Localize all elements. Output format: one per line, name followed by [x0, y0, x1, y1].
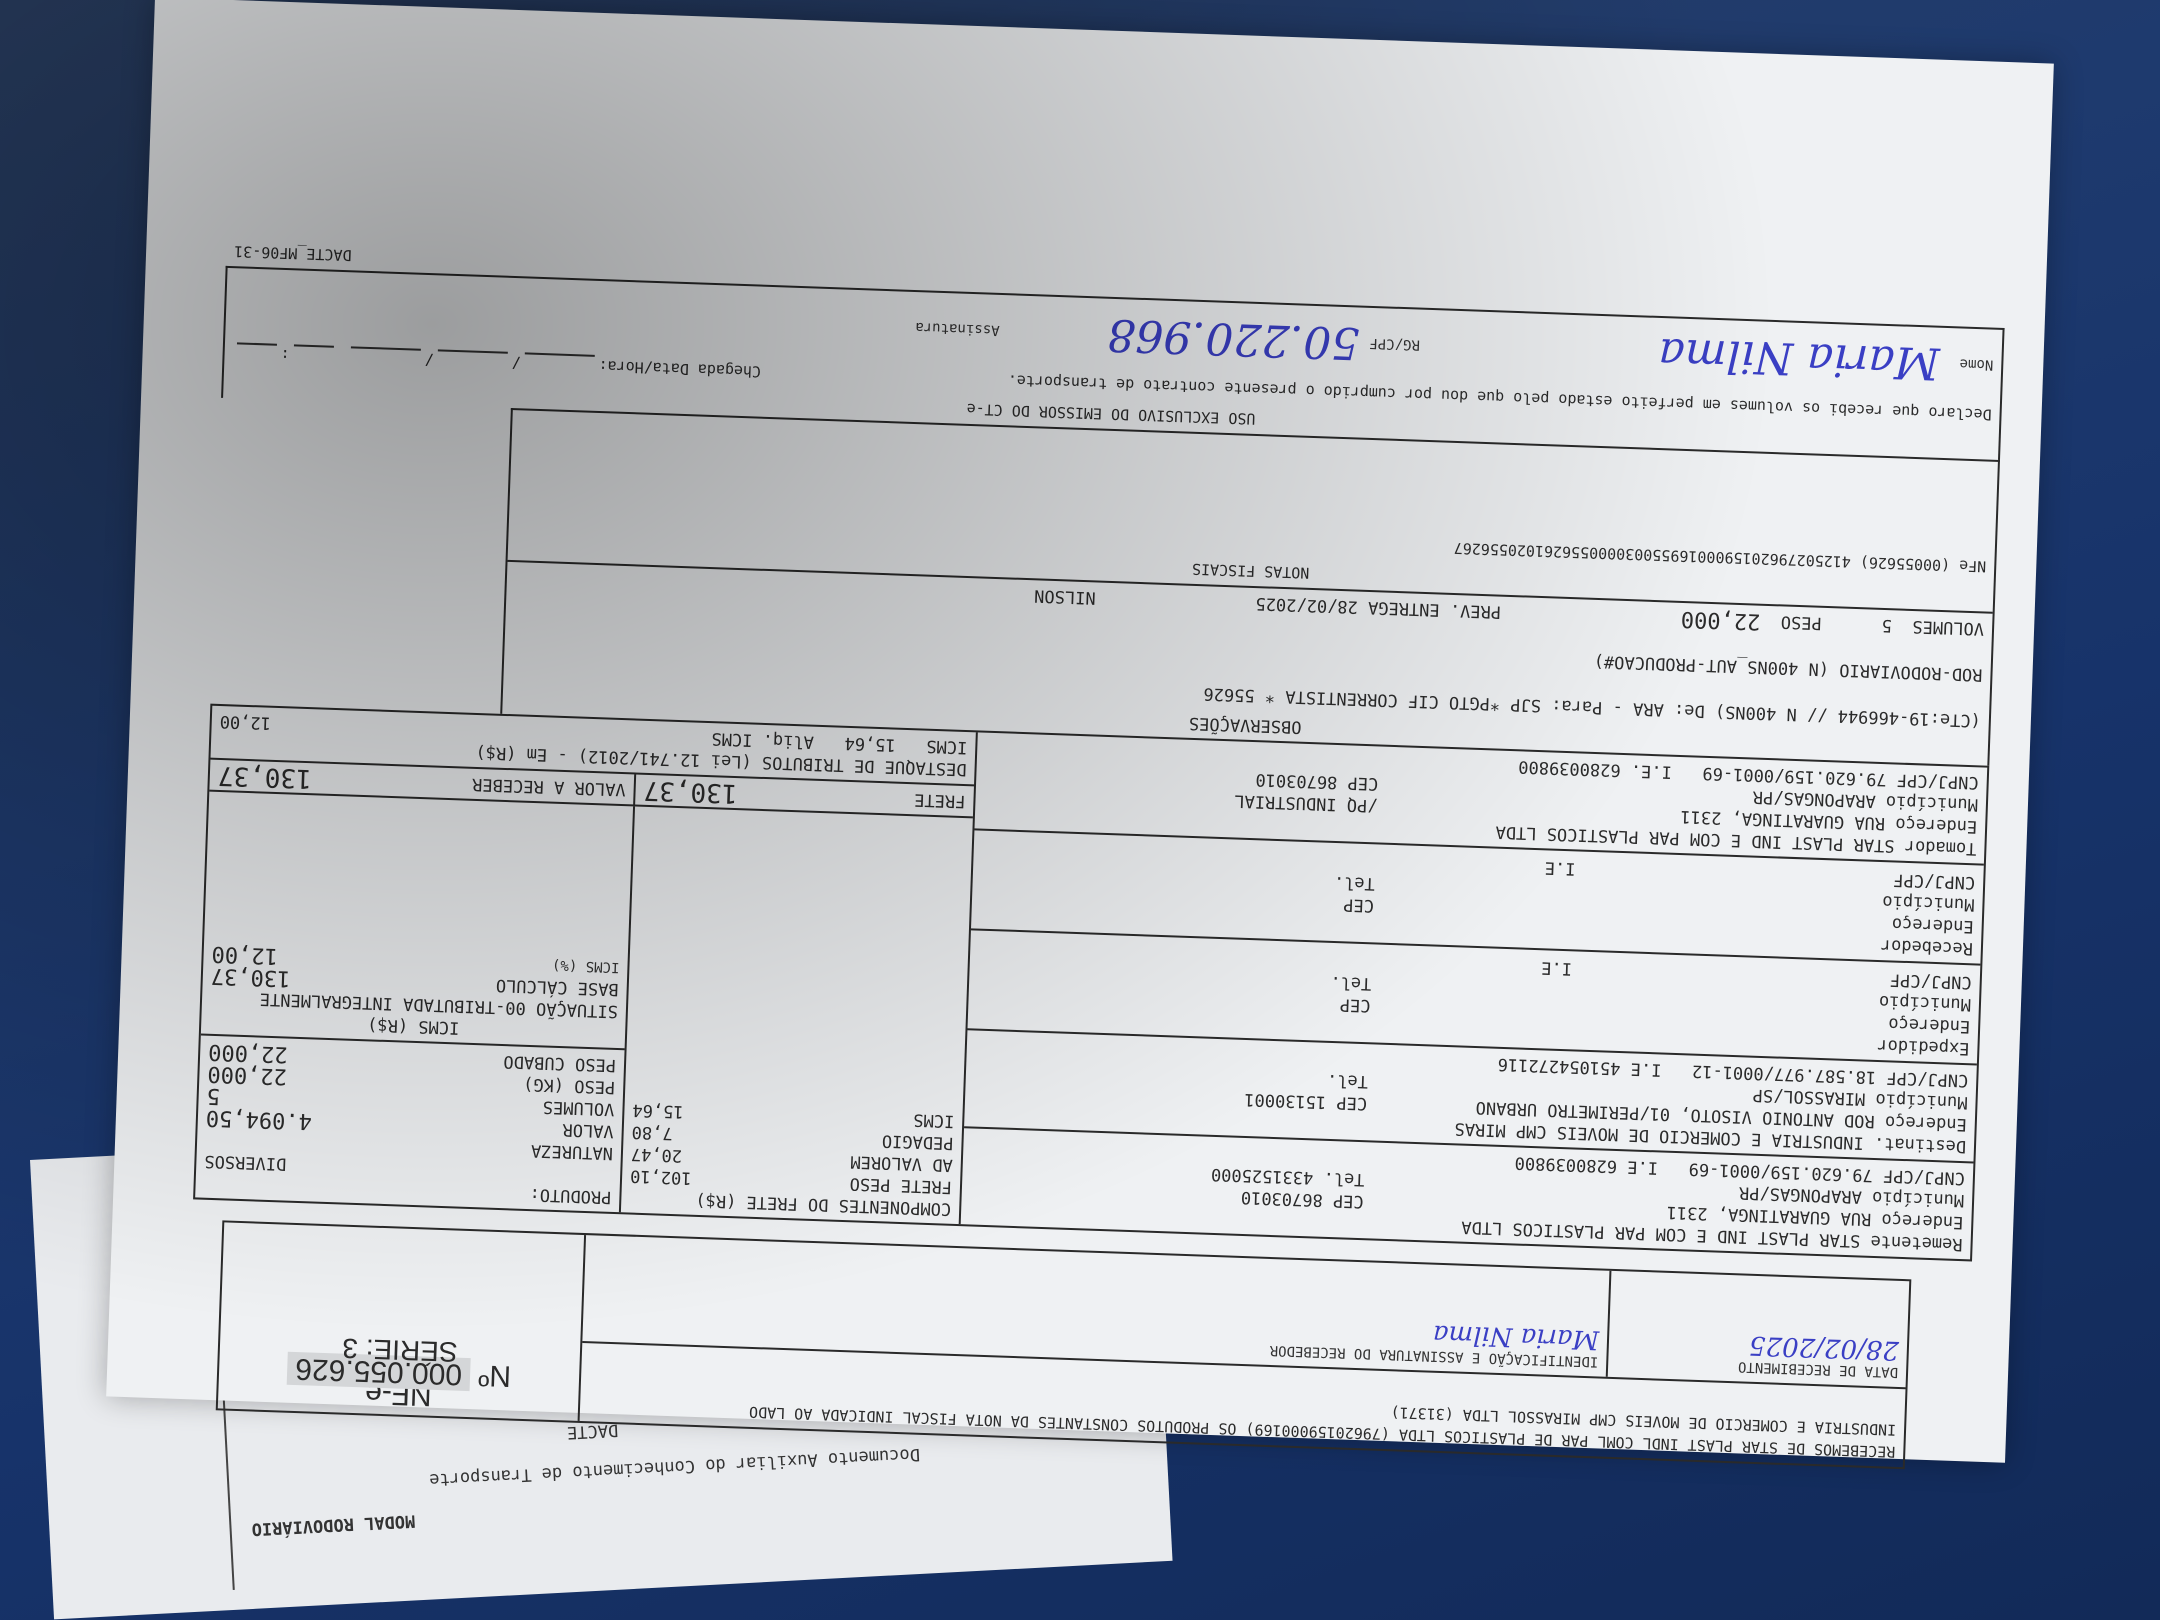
valor-receber-value: 130,37 — [218, 764, 313, 789]
tomador-cep: 86703010 — [1255, 768, 1338, 793]
nfe-series-value: 3 — [342, 1333, 359, 1365]
tributos-icms-value: 15,64 — [844, 732, 896, 756]
rg-label: RG/CPF — [1369, 332, 1420, 356]
tomador-label: Tomador — [1904, 836, 1976, 858]
tomador-cnpj-label: CNPJ/CPF — [1897, 770, 1980, 793]
destinatario-municipio: MIRASSOL/SP — [1752, 1085, 1865, 1109]
rg-value: 50.220.968 — [999, 319, 1360, 354]
expedidor-ie-label: I.E — [1541, 956, 1572, 979]
freight-component-value: 15,64 — [632, 1099, 684, 1123]
receipt-date-field: DATA DE RECEBIMENTO 28/02/2025 — [1606, 1271, 1910, 1387]
destinatario-label: Destinat. — [1874, 1133, 1967, 1156]
obs-volumes-label: VOLUMES — [1912, 615, 1984, 639]
obs-peso-value: 22,000 — [1681, 607, 1761, 632]
tomador-municipio: ARAPONGAS/PR — [1753, 787, 1876, 811]
tributos-aliq-value: 12,00 — [219, 710, 271, 734]
freight-component-value: 7,80 — [631, 1121, 673, 1144]
recebedor-ie-label: I.E — [1544, 856, 1575, 879]
expedidor-cep-label: CEP — [1339, 993, 1370, 1016]
recebedor-tel-label: Tel. — [1334, 871, 1376, 894]
destinatario-endereco-label: Endereço — [1885, 1111, 1968, 1134]
frete-value: 130,37 — [643, 779, 738, 804]
remetente-label: Remetente — [1870, 1231, 1963, 1254]
icms-aliq-value: 12,00 — [211, 942, 278, 966]
obs-peso-label: PESO — [1780, 610, 1822, 633]
nome-value: Maria Nilma — [1420, 334, 1940, 374]
expedidor-tel-label: Tel. — [1330, 971, 1372, 994]
recebedor-cep-label: CEP — [1343, 893, 1374, 916]
nfe-series-label: SÉRIE: — [365, 1333, 458, 1367]
motorista-name: NILSON — [1034, 584, 1096, 608]
nfe-number-box: NF-e Nº 000.055.626 SÉRIE: 3 — [218, 1222, 584, 1420]
frete-label: FRETE — [737, 782, 966, 812]
modal-label: MODAL RODOVIÁRIO — [251, 1510, 416, 1539]
freight-component-value: 20,47 — [631, 1143, 683, 1167]
destinatario-ie-label: I.E — [1630, 1058, 1661, 1079]
destinatario-tel-label: Tel. — [1327, 1069, 1369, 1092]
prev-entrega-value: 28/02/2025 — [1255, 592, 1358, 618]
tributos-icms-label: ICMS — [926, 735, 968, 758]
dacte-body: Remetente STAR PLAST IND E COM PAR PLAST… — [193, 236, 2006, 1262]
remetente-municipio: ARAPONGAS/PR — [1739, 1182, 1862, 1206]
dacte-desc: Documento Auxiliar do Conhecimento de Tr… — [429, 1444, 921, 1490]
observacoes-block: OBSERVAÇÕES (CTe:19-466944 // N 400NS) D… — [500, 408, 2000, 766]
tomador-ie-label: I.E. — [1631, 760, 1673, 781]
remetente-cep-label: CEP — [1333, 1189, 1364, 1212]
prev-entrega-label: PREV. ENTREGA — [1368, 596, 1502, 623]
destinatario-cep: 15130001 — [1244, 1088, 1327, 1113]
remetente-ie: 6280039800 — [1514, 1152, 1617, 1176]
volumes-value: 5 — [206, 1084, 220, 1106]
dacte-document: RECEBEMOS DE STAR PLAST INDL COML PAR DE… — [106, 0, 2054, 1463]
destinatario-municipio-label: Município — [1875, 1089, 1968, 1112]
remetente-tel: 4331525000 — [1211, 1163, 1314, 1189]
freight-components: COMPONENTES DO FRETE (R$) FRETE PESO102,… — [619, 806, 973, 1224]
valor-value: 4.094,50 — [206, 1106, 313, 1132]
tomador-endereco-label: Endereço — [1895, 814, 1978, 837]
peso-cubado-value: 22,000 — [208, 1040, 288, 1065]
remetente-cep: 86703010 — [1241, 1186, 1324, 1211]
icms-base-value: 130,37 — [211, 964, 291, 989]
freight-components-list: FRETE PESO102,10AD VALOREM20,47PEDAGIO7,… — [630, 1099, 955, 1198]
destinatario-cnpj-label: CNPJ/CPF — [1886, 1067, 1969, 1090]
destinatario-ie: 4510542721​16 — [1497, 1054, 1620, 1078]
parties-and-values: Remetente STAR PLAST IND E COM PAR PLAST… — [193, 704, 1989, 1262]
obs-volumes-value: 5 — [1881, 614, 1892, 636]
remetente-cnpj-label: CNPJ/CPF — [1883, 1165, 1966, 1188]
tomador-municipio-label: Município — [1886, 791, 1979, 814]
remetente-municipio-label: Município — [1872, 1187, 1965, 1210]
nome-label: Nome — [1959, 352, 1993, 375]
destinatario-cep-label: CEP — [1336, 1091, 1367, 1114]
product-block: PRODUTO: DIVERSOS NATUREZA VALOR4.094,50… — [195, 1034, 624, 1213]
tomador-cep-label: CEP — [1347, 771, 1378, 794]
nfe-number-label: Nº — [478, 1358, 512, 1392]
remetente-tel-label: Tel. — [1323, 1167, 1365, 1190]
remetente-ie-label: I.E — [1627, 1156, 1658, 1177]
assinatura-label: Assinatura — [915, 316, 1000, 341]
freight-component-value: 102,10 — [630, 1165, 692, 1189]
icms-block: ICMS (R$) SITUAÇÃO 00-TRIBUTADA INTEGRAL… — [201, 938, 628, 1049]
chegada-label: Chegada Data/Hora: — [598, 355, 761, 383]
remetente-endereco-label: Endereço — [1881, 1209, 1964, 1232]
tomador-ie: 6280039800 — [1518, 756, 1621, 780]
